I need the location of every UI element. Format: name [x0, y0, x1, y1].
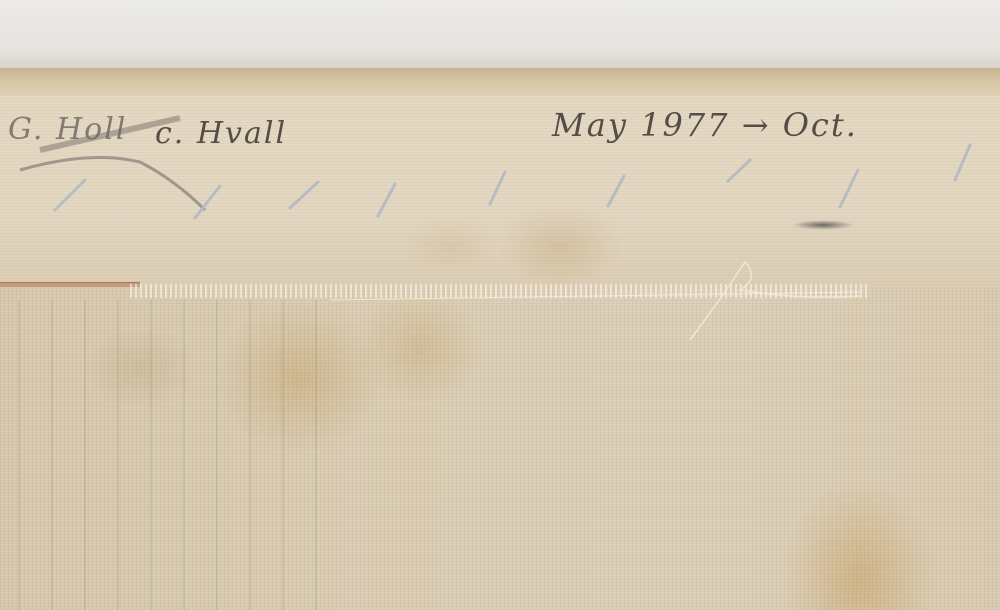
staple-icon: [55, 145, 970, 218]
loose-thread-2: [330, 292, 860, 300]
canvas-back-photo: G. Holl c. Hvall May 1977 → Oct.: [0, 0, 1000, 610]
pencil-stroke: [20, 158, 205, 211]
graphite-smudge: [792, 220, 854, 230]
pencil-strike: [40, 118, 180, 150]
loose-thread: [690, 262, 860, 340]
staples-and-marks: [0, 0, 1000, 610]
